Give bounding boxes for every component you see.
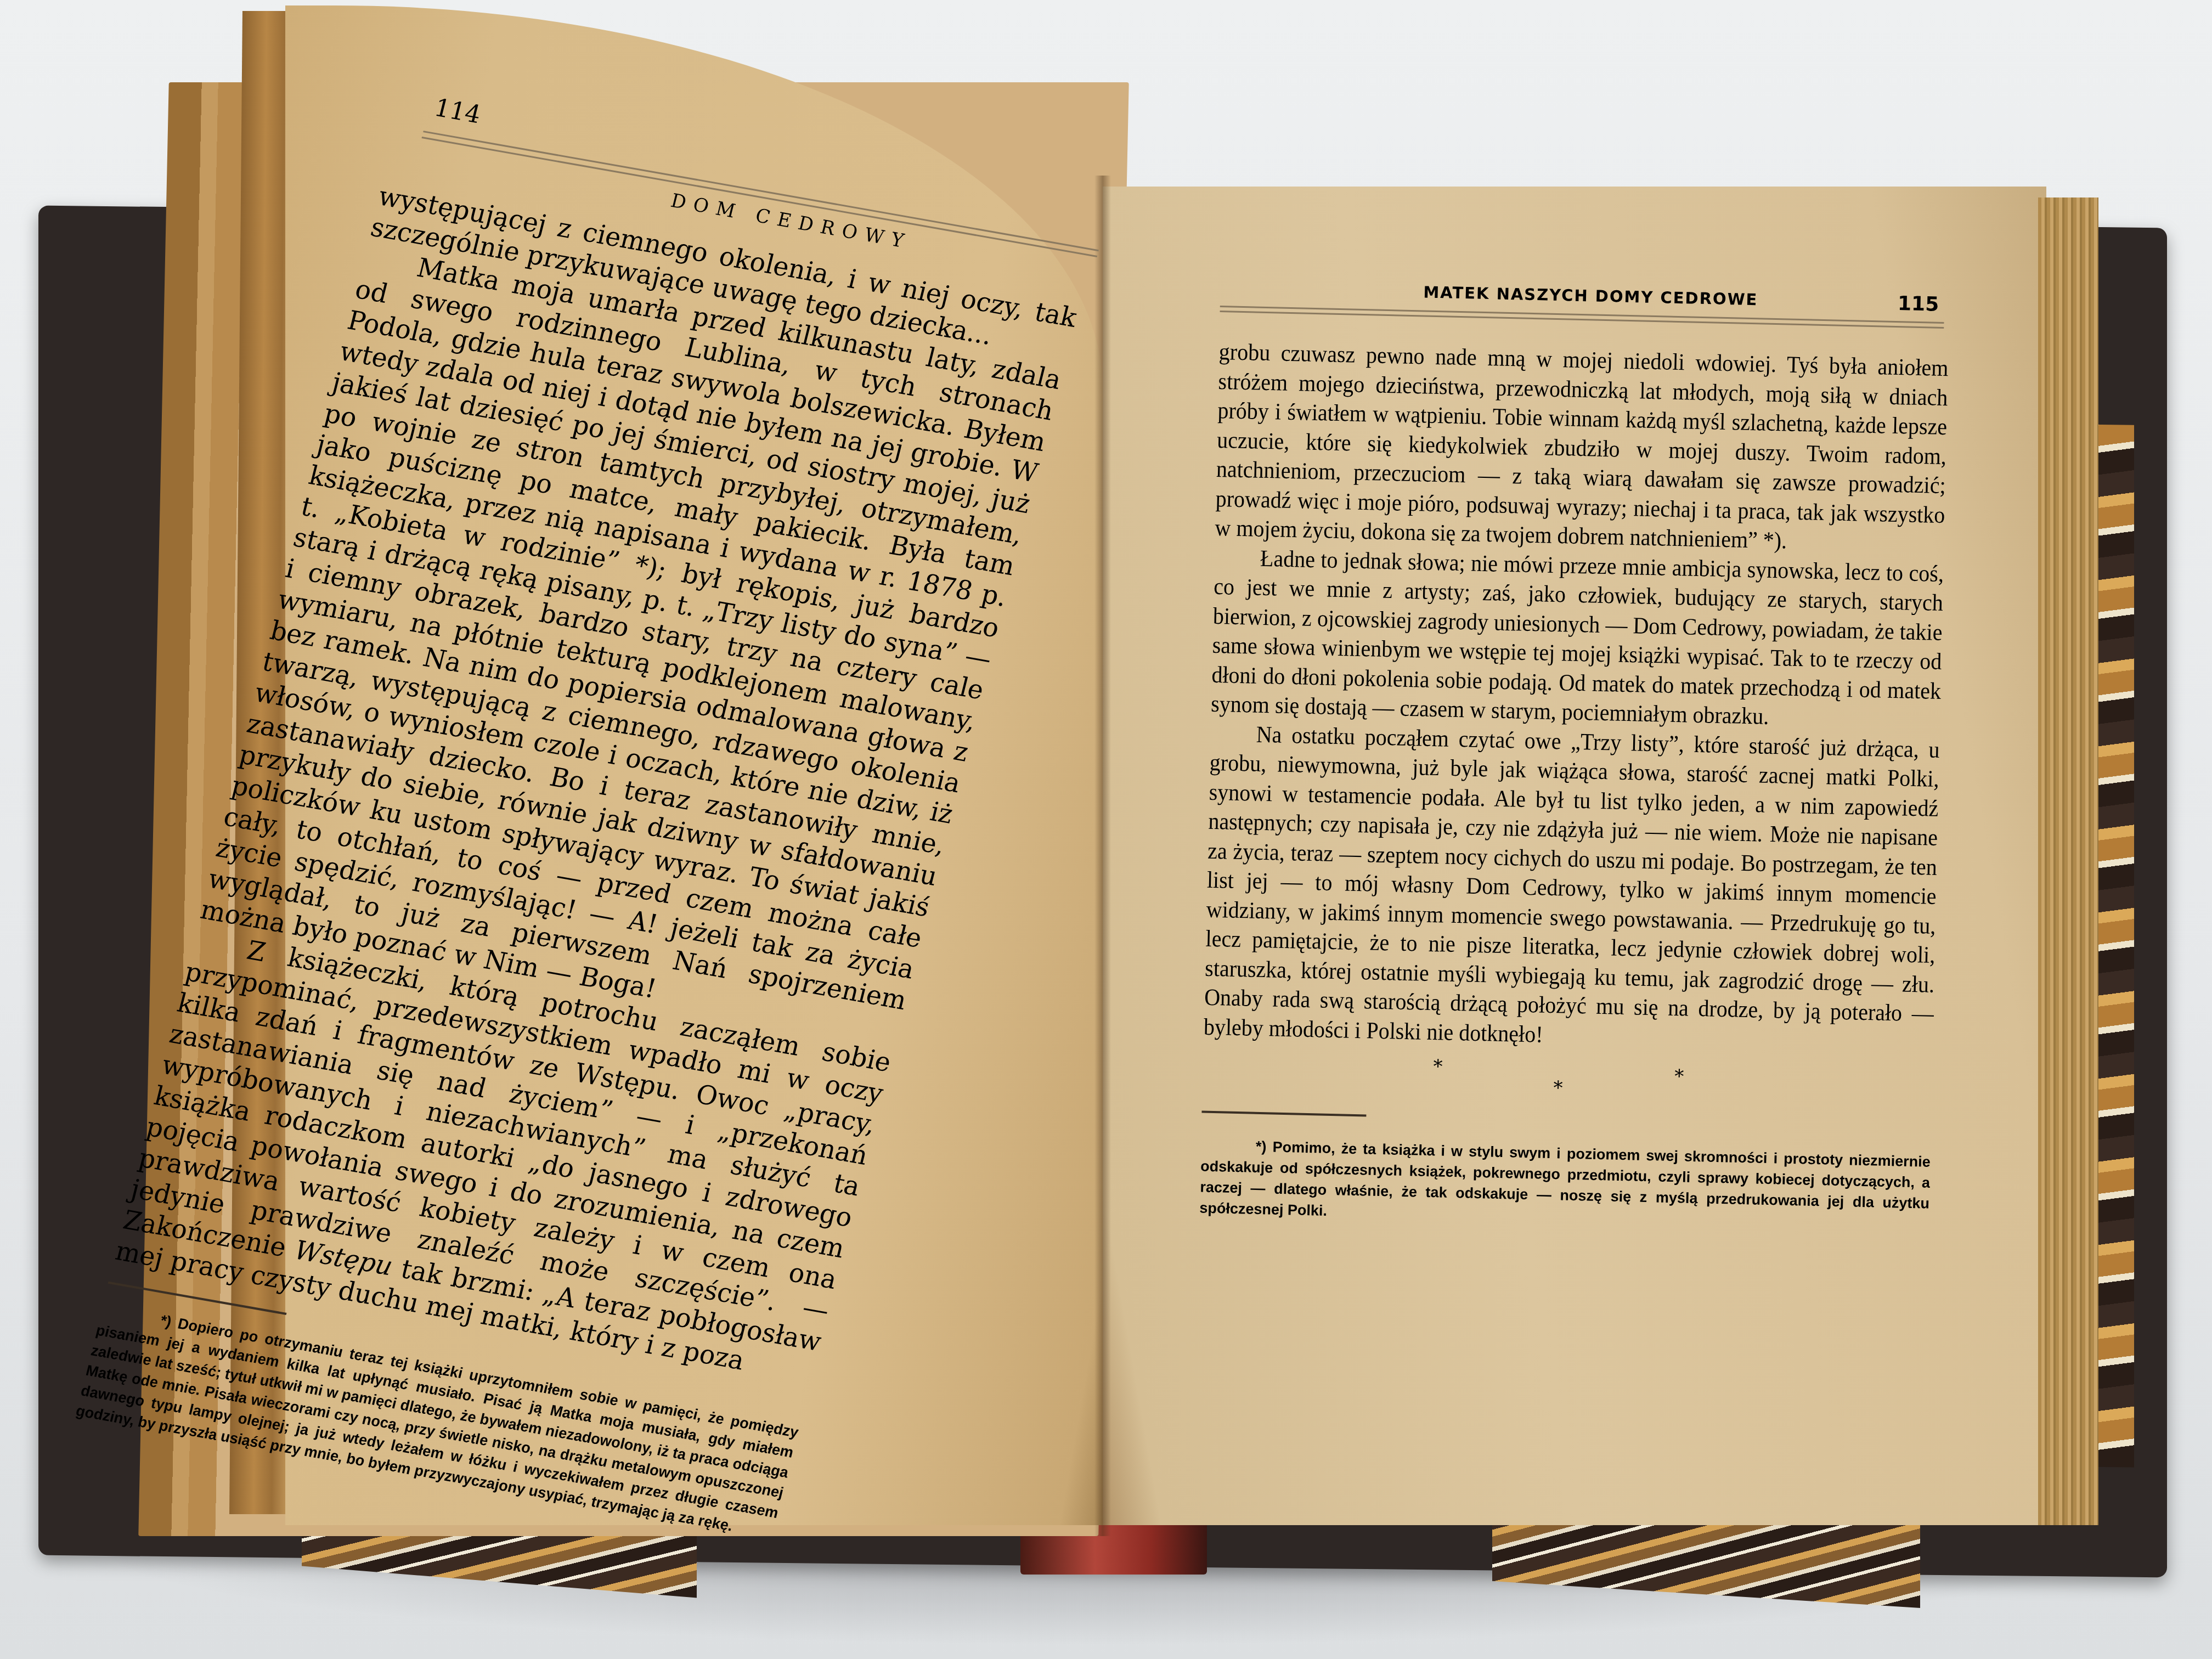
right-footnote: *) Pomimo, że ta książka i w stylu swym … (1199, 1135, 1931, 1235)
right-page-body: grobu czuwasz pewno nade mną w mojej nie… (1203, 337, 1949, 1058)
paragraph: Ładne to jednak słowa; nie mówi przeze m… (1211, 543, 1944, 735)
right-page-content: MATEK NASZYCH DOMY CEDROWE 115 grobu czu… (1199, 277, 1950, 1235)
right-page-edges (2038, 198, 2098, 1525)
asterisk-icon: * (1674, 1065, 1684, 1087)
paragraph: grobu czuwasz pewno nade mną w mojej nie… (1215, 337, 1949, 560)
page-number: 115 (1898, 292, 1939, 316)
book-gutter (1094, 176, 1111, 1536)
footnote-text: *) Pomimo, że ta książka i w stylu swym … (1199, 1135, 1931, 1235)
paragraph: Na ostatku począłem czytać owe „Trzy lis… (1203, 719, 1940, 1058)
section-break-asterisks: * * * (1202, 1051, 1933, 1127)
header-rule (1220, 306, 1944, 329)
asterisk-icon: * (1553, 1077, 1563, 1099)
asterisk-icon: * (1433, 1056, 1443, 1077)
